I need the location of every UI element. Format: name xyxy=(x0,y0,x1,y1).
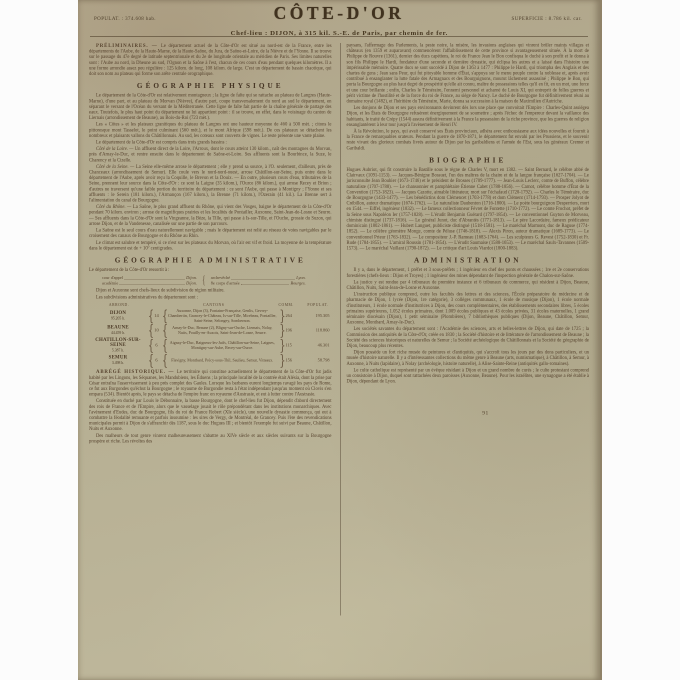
ressortit-line: académieDijon. xyxy=(102,280,197,285)
arrondissement-title: SEMUR xyxy=(109,355,128,361)
row-numbers: 11546.301 xyxy=(284,343,332,349)
masthead: POPULAT. : 374.608 hab. CÔTE-D'OR SUPERF… xyxy=(78,0,600,42)
ressortit-value: Dijon. xyxy=(186,280,197,285)
biographie-paragraph: Hugues Aubriot, qui fit construire la Ba… xyxy=(347,168,590,252)
canaux-paragraph: La Saône est le seul cours d'eau naturel… xyxy=(89,228,332,239)
arrondissement-name: DIJON95.205 h. xyxy=(89,311,147,322)
page-number: 91 xyxy=(347,411,590,417)
arrondissements-table: ARROND. CANTONS COMM.POPULAT. DIJON95.20… xyxy=(89,302,332,366)
physique-paragraph-1: Le département de la Côte-d'Or est relat… xyxy=(89,93,332,121)
arrondissement-title: BEAUNE xyxy=(107,325,129,331)
bassin-seine-text: La Seine elle-même arrose le département… xyxy=(89,164,332,203)
col-header-cantons: CANTONS xyxy=(149,302,279,308)
ressortit-label: 8e corps d'armée xyxy=(211,280,240,285)
dot-leader xyxy=(124,275,184,279)
administration-paragraph-5: Dijon possède un fort riche musée de pei… xyxy=(347,350,590,367)
abrege-historique-label: ABRÉGÉ HISTORIQUE. — xyxy=(96,369,177,375)
dot-leader xyxy=(232,275,295,279)
climat-paragraph: Le climat est salubre et tempéré, si ce … xyxy=(89,240,332,251)
section-heading-geographie-administrative: GÉOGRAPHIE ADMINISTRATIVE xyxy=(89,258,332,264)
arrondissement-pop: 3.498 h. xyxy=(89,361,147,366)
physique-paragraph-3: Le département de la Côte-d'Or est compr… xyxy=(89,140,332,146)
table-row: BEAUNE44.459 h. { 10 { Arnay-le-Duc, Bea… xyxy=(89,325,332,336)
col-header-populat: POPULAT. xyxy=(307,302,328,308)
row-numbers: 15658.798 xyxy=(284,358,332,364)
ressortit-intro: Le département de la Côte-d'Or ressortit… xyxy=(89,268,332,274)
preliminaires-paragraph: PRÉLIMINAIRES. — Le département actuel d… xyxy=(89,43,332,77)
ressortit-group-left: cour d'appelDijon. académieDijon. xyxy=(102,275,197,286)
bassin-seine-paragraph: Côté de la Seine. — La Seine elle-même a… xyxy=(89,164,332,203)
scan-background: POPULAT. : 374.608 hab. CÔTE-D'OR SUPERF… xyxy=(0,0,680,680)
subdivisions-line: Les subdivisions administratives du dépa… xyxy=(89,295,332,301)
arrondissement-title: DIJON xyxy=(110,310,126,316)
bassin-rhone-label: Côté du Rhône. — xyxy=(96,205,133,210)
administration-paragraph-6: Le culte catholique est représenté par u… xyxy=(347,368,590,385)
arrondissement-name: SEMUR3.498 h. xyxy=(89,355,147,366)
section-heading-administration: ADMINISTRATION xyxy=(347,258,590,264)
section-heading-geographie-physique: GÉOGRAPHIE PHYSIQUE xyxy=(89,84,332,90)
population-count: 46.301 xyxy=(318,343,330,349)
table-row: CHATILLON-SUR-SEINE5.387 h. { 6 { Aignay… xyxy=(89,338,332,354)
column-divider xyxy=(340,43,341,616)
historique-continuation-1: paysans, l'affermage des Parlements, la … xyxy=(347,43,590,105)
table-row: DIJON95.205 h. { 14 { Auxonne, Dijon (3)… xyxy=(89,308,332,323)
ressortit-group-right: archevêchéLyon. 8e corps d'arméeBourges. xyxy=(211,275,306,286)
ressortit-label: académie xyxy=(102,280,118,285)
communes-count: 115 xyxy=(286,343,292,349)
population-count: 195.305 xyxy=(316,313,330,319)
communes-count: 156 xyxy=(286,358,292,364)
administration-paragraph-4: Les sociétés savantes du département son… xyxy=(347,327,590,349)
brace-glyph: { xyxy=(202,278,205,284)
cantons-list: Arnay-le-Duc, Beaune (2), Bligny-sur-Ouc… xyxy=(166,326,279,336)
ressortit-list: cour d'appelDijon. académieDijon. { arch… xyxy=(89,274,332,288)
left-column: PRÉLIMINAIRES. — Le département actuel d… xyxy=(89,43,332,680)
superficie-stat: SUPERFICIE : 8.786 kil. car. xyxy=(441,8,582,26)
preliminaires-text: Le département actuel de la Côte-d'Or es… xyxy=(89,44,332,77)
dot-leader xyxy=(241,280,289,284)
table-row: SEMUR3.498 h. { 6 { Flavigny, Montbard, … xyxy=(89,355,332,366)
communes-count: 196 xyxy=(286,328,292,334)
row-numbers: 264195.305 xyxy=(284,313,332,319)
right-column: paysans, l'affermage des Parlements, la … xyxy=(347,43,590,680)
population-count: 58.798 xyxy=(318,358,330,364)
document-page: POPULAT. : 374.608 hab. CÔTE-D'OR SUPERF… xyxy=(78,0,602,680)
columns-area: PRÉLIMINAIRES. — Le département actuel d… xyxy=(78,43,600,680)
columns-inner: PRÉLIMINAIRES. — Le département actuel d… xyxy=(78,43,600,680)
historique-paragraph-2: Constituée en duché par Louis le Débonna… xyxy=(89,399,332,433)
bassin-loire-paragraph: Côté de la Loire. — Un affluent direct d… xyxy=(89,147,332,164)
historique-paragraph-3: Des malheurs de tout genre vinrent malhe… xyxy=(89,433,332,444)
ressortit-line: 8e corps d'arméeBourges. xyxy=(211,280,306,285)
cantons-list: Auxonne, Dijon (3), Fontaine-Française, … xyxy=(166,308,279,323)
militaire-line: Dijon et Auxonne sont chefs-lieux de sub… xyxy=(89,288,332,294)
historique-continuation-3: À la Révolution, le pays, qui avait cons… xyxy=(347,129,590,151)
historique-continuation-2: Les donjons de Dijon et ses pays environ… xyxy=(347,106,590,128)
section-heading-biographie: BIOGRAPHIE xyxy=(347,158,590,164)
administration-paragraph-3: L'instruction publique comprend, outre l… xyxy=(347,292,590,326)
physique-paragraph-2: Les « Côtes » et les plateaux granitique… xyxy=(89,122,332,139)
cantons-list: Aignay-le-Duc, Baigneux-les-Juifs, Châti… xyxy=(166,341,279,351)
col-header-group: COMM.POPULAT. xyxy=(279,302,329,308)
bassin-loire-label: Côté de la Loire. — xyxy=(96,147,135,152)
col-header-arrond: ARROND. xyxy=(89,302,149,308)
dot-leader xyxy=(120,280,185,284)
arrondissement-name: CHATILLON-SUR-SEINE5.387 h. xyxy=(89,338,147,354)
cantons-list: Flavigny, Montbard, Précy-sous-Thil, Sau… xyxy=(166,358,279,363)
arrondissement-name: BEAUNE44.459 h. xyxy=(89,325,147,336)
administration-paragraph-1: Il y a, dans le département, 1 préfet et… xyxy=(347,268,590,279)
preliminaires-label: PRÉLIMINAIRES. — xyxy=(96,43,161,49)
arrondissement-pop: 95.205 h. xyxy=(89,316,147,321)
ressortit-value: Bourges. xyxy=(291,280,306,285)
administration-paragraph-2: La justice y est rendue par 4 tribunaux … xyxy=(347,280,590,291)
arrondissement-pop: 5.387 h. xyxy=(89,348,147,353)
bassin-rhone-paragraph: Côté du Rhône. — La Saône, le plus grand… xyxy=(89,205,332,227)
arrondissement-title: CHATILLON-SUR-SEINE xyxy=(95,337,140,348)
communes-count: 264 xyxy=(286,313,292,319)
population-count: 118.860 xyxy=(316,328,330,334)
bassin-seine-label: Côté de la Seine. — xyxy=(96,164,136,169)
population-stat: POPULAT. : 374.608 hab. xyxy=(94,8,218,26)
abrege-historique-paragraph: ABRÉGÉ HISTORIQUE. — Le territoire qui c… xyxy=(89,369,332,398)
arrondissement-pop: 44.459 h. xyxy=(89,331,147,336)
row-numbers: 196118.860 xyxy=(284,328,332,334)
